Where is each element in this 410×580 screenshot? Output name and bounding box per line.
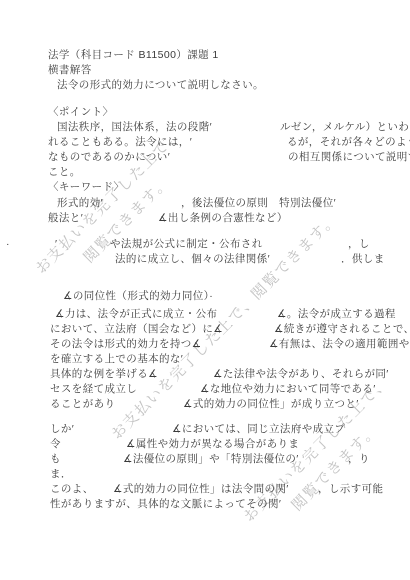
text-line: こと。 [0,166,410,179]
text-line: 法的に成立し、個々の法律関係′．供しま [0,253,410,266]
text-fragment: れることもある。法令には，′ [48,136,192,149]
text-fragment: ∡式的効力の同位性」は法令間の関′ [113,483,289,496]
text-fragment: ∡式的効力の同位性」が成り立つと′ [183,398,359,411]
text-line: 国法秩序，国法体系，法の段階′ルゼン，メルケル）といわ [0,121,410,134]
text-line: しか′∡においては、同じ立法府や成立プ [0,423,410,436]
text-line: ま． [0,468,410,481]
text-fragment: セスを経て成立し [50,383,137,396]
text-fragment: の相互関係について説明する [288,151,410,164]
text-fragment: ，後法優位の原則 特別法優位′ [181,197,336,210]
text-fragment: や法規が公式に制定・公布され [110,238,263,251]
text-fragment: ∡の同位性（形式的効力同位）· [63,290,213,303]
text-line: ·′や法規が公式に制定・公布され，し [0,238,410,251]
text-fragment: 法令の形式的効力について説明しなさい。 [57,79,264,92]
text-line: において、立法府（国会など）に∡∡続きが遵守されることで、 [0,323,410,336]
text-fragment: を確立する上での基本的な′ [50,353,183,366]
text-line: れることもある。法令には，′るが，それが各々どのよう [0,136,410,149]
text-fragment: ∡。法令が成立する過程 [277,308,396,321]
text-fragment: しか′ [50,423,74,436]
text-fragment: ∡においては、同じ立法府や成立プ [172,423,345,436]
text-line: 〈ポイント〉 [0,106,410,119]
text-fragment: 令 [50,438,61,451]
text-fragment: るが，それが各々どのよう [287,136,410,149]
text-fragment: 法学（科目コード B11500）課題 1 [48,49,219,62]
text-fragment: において、立法府（国会など）に∡ [50,323,223,336]
text-fragment: ∡属性や効力が異なる場合がありま [126,438,299,451]
text-fragment: 形式的効′ [57,197,103,210]
text-line: 般法と′∡出し条例の合憲性など） [0,212,410,225]
text-line: セスを経て成立し∡な地位や効力において同等である′ [0,383,410,396]
text-line: ることがあり∡式的効力の同位性」が成り立つと′ [0,398,410,411]
text-fragment: ルゼン，メルケル）といわ [280,121,409,134]
document-text-layer: 法学（科目コード B11500）課題 1横書解答法令の形式的効力について説明しな… [0,0,410,580]
text-fragment: ま． [50,468,72,481]
document-page: お支払いを完了した上で、閲覧できます。お支払いを完了した上で、閲覧できます。お支… [0,0,410,580]
text-fragment: ∡な地位や効力において同等である′ [200,383,376,396]
text-line: 性がありますが、具体的な文脈によってその関′ [0,498,410,511]
text-fragment: なものであるのかについ′ [48,151,170,164]
text-line: なものであるのかについ′の相互関係について説明する [0,151,410,164]
text-line: 令∡属性や効力が異なる場合がありま [0,438,410,451]
text-line: このよ、∡式的効力の同位性」は法令間の関′，し示す可能 [0,483,410,496]
text-fragment: ，し示す可能 [318,483,383,496]
text-line: 横書解答 [0,64,410,77]
text-fragment: 性がありますが、具体的な文脈によってその関′ [50,498,281,511]
text-fragment: 法的に成立し、個々の法律関係′ [115,253,270,266]
text-fragment: このよ、 [50,483,94,496]
text-fragment: 〈キーワード〉 [48,181,124,194]
text-fragment: ′ [55,238,57,251]
text-fragment: ∡た法律や法令があり、それらが同′ [213,368,389,381]
text-fragment: 国法秩序，国法体系，法の段階′ [57,121,212,134]
text-fragment: ．供しま [341,253,385,266]
text-line: 法令の形式的効力について説明しなさい。 [0,79,410,92]
text-line: その法令は形式的効力を持つ∡∡有無は、法令の適用範囲や効果 [0,338,410,351]
text-fragment: ∡続きが遵守されることで、 [274,323,410,336]
text-line: ∡力は、法令が正式に成立・公布∡。法令が成立する過程 [0,308,410,321]
text-fragment: ∡力は、法令が正式に成立・公布 [55,308,217,321]
text-line: 具体的な例を挙げる∡∡た法律や法令があり、それらが同′ [0,368,410,381]
text-fragment: ∡出し条例の合憲性など） [158,212,288,225]
text-line: 法学（科目コード B11500）課題 1 [0,49,410,62]
text-fragment: ∡有無は、法令の適用範囲や効果 [269,338,410,351]
text-line: 〈キーワード〉 [0,181,410,194]
text-fragment: · [6,238,10,251]
text-line: 形式的効′，後法優位の原則 特別法優位′ [0,197,410,210]
text-fragment: ∡法優位の原則」や「特別法優位の′ [123,453,299,466]
text-fragment: 般法と′ [48,212,83,225]
text-fragment: ，り [348,453,370,466]
text-fragment: その法令は形式的効力を持つ∡ [50,338,202,351]
text-fragment: ，し [348,238,370,251]
text-line: ∡の同位性（形式的効力同位）· [0,290,410,303]
text-fragment: 具体的な例を挙げる∡ [50,368,158,381]
text-line: も∡法優位の原則」や「特別法優位の′，り [0,453,410,466]
text-fragment: こと。 [48,166,81,179]
text-line: を確立する上での基本的な′ [0,353,410,366]
text-fragment: 横書解答 [48,64,92,77]
text-fragment: ることがあり [50,398,115,411]
text-fragment: 〈ポイント〉 [48,106,113,119]
text-fragment: も [50,453,61,466]
